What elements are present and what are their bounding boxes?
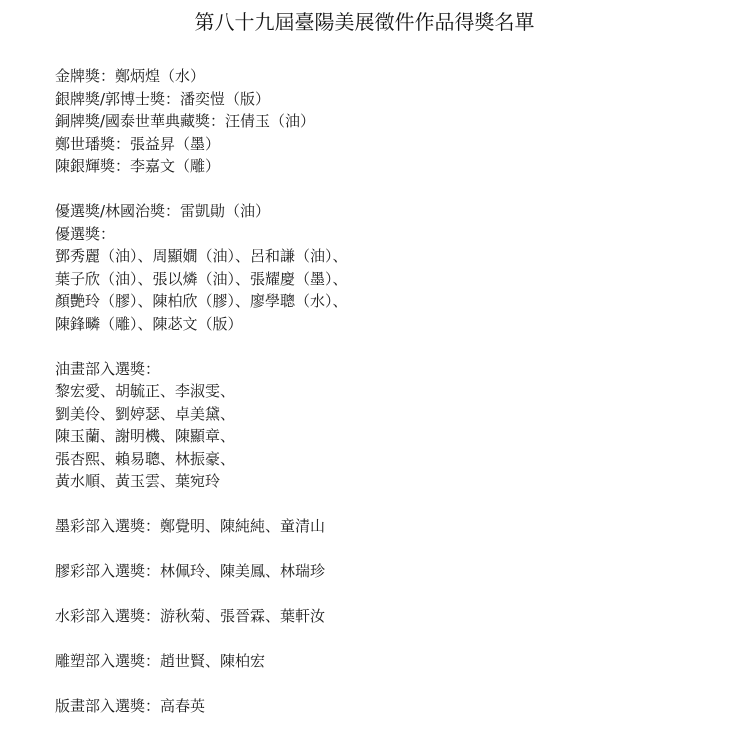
sculpture-section: 雕塑部入選獎：趙世賢、陳柏宏 [55,650,348,673]
spacer [55,538,348,561]
chen-yin-hui-award: 陳銀輝獎：李嘉文（雕） [55,155,348,178]
print-section: 版畫部入選獎：高春英 [55,695,348,718]
merit-list-line: 顏艷玲（膠）、陳柏欣（膠）、廖學聰（水）、 [55,290,348,313]
bronze-award: 銅牌獎/國泰世華典藏獎：汪倩玉（油） [55,110,348,133]
merit-list-line: 鄧秀麗（油）、周顯嫺（油）、呂和謙（油）、 [55,245,348,268]
top-awards-group: 金牌獎：鄭炳煌（水） 銀牌獎/郭博士獎：潘奕愷（版） 銅牌獎/國泰世華典藏獎：汪… [55,65,348,178]
gold-award: 金牌獎：鄭炳煌（水） [55,65,348,88]
oil-list-line: 劉美伶、劉婷瑟、卓美黛、 [55,403,348,426]
oil-section: 油畫部入選獎： 黎宏愛、胡毓正、李淑雯、 劉美伶、劉婷瑟、卓美黛、 陳玉蘭、謝明… [55,358,348,493]
cheng-shih-fan-award: 鄭世璠獎：張益昇（墨） [55,133,348,156]
oil-list-line: 陳玉蘭、謝明機、陳顯章、 [55,425,348,448]
oil-heading: 油畫部入選獎： [55,358,348,381]
merit-lin-award: 優選獎/林國治獎：雷凱勛（油） [55,200,348,223]
spacer [55,583,348,606]
document-title: 第八十九屆臺陽美展徵件作品得獎名單 [0,8,729,36]
silver-award: 銀牌獎/郭博士獎：潘奕愷（版） [55,88,348,111]
spacer [55,178,348,201]
spacer [55,493,348,516]
merit-heading: 優選獎： [55,223,348,246]
merit-awards-group: 優選獎/林國治獎：雷凱勛（油） 優選獎： 鄧秀麗（油）、周顯嫺（油）、呂和謙（油… [55,200,348,335]
merit-list-line: 陳鋒疄（雕）、陳苾文（版） [55,313,348,336]
oil-list-line: 黃水順、黃玉雲、葉宛玲 [55,470,348,493]
spacer [55,335,348,358]
gouache-section: 膠彩部入選獎：林佩玲、陳美鳳、林瑞珍 [55,560,348,583]
spacer [55,673,348,696]
spacer [55,628,348,651]
merit-list-line: 葉子欣（油）、張以燐（油）、張耀慶（墨）、 [55,268,348,291]
oil-list-line: 張杏熙、賴易聰、林振豪、 [55,448,348,471]
ink-section: 墨彩部入選獎：鄭覺明、陳純純、童清山 [55,515,348,538]
watercolor-section: 水彩部入選獎：游秋菊、張晉霖、葉軒汝 [55,605,348,628]
award-list: 金牌獎：鄭炳煌（水） 銀牌獎/郭博士獎：潘奕愷（版） 銅牌獎/國泰世華典藏獎：汪… [55,65,348,718]
oil-list-line: 黎宏愛、胡毓正、李淑雯、 [55,380,348,403]
